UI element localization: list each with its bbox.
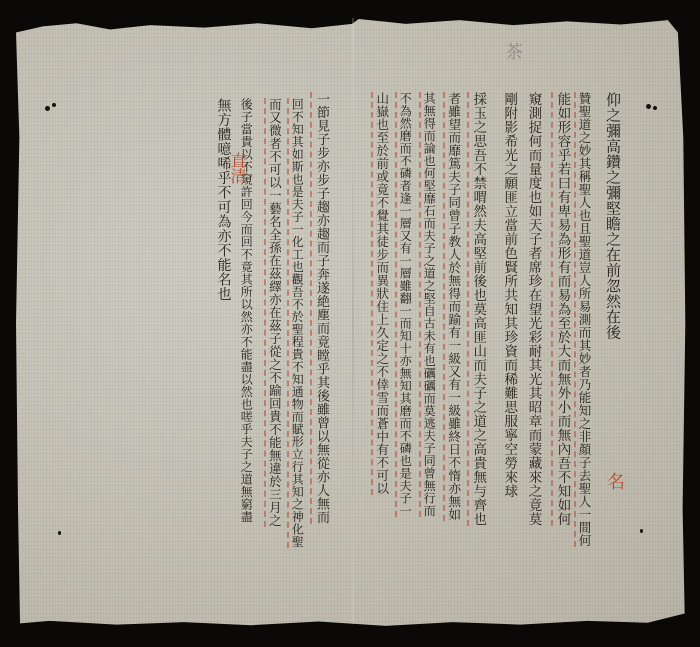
text-column: 剛附影希光之願匪立當前色賢所共知其珍資而稀難思服寧空勞來球 (501, 92, 516, 498)
binding-hole (58, 531, 61, 535)
binding-hole (45, 106, 50, 111)
seal-mark: 茶 (505, 38, 523, 64)
text-column: 能如形容乎若曰有卑易為形有而易為至於大而無外小而無內吾不知如何 (551, 92, 570, 526)
text-column: 不為然磨而不磷者逢一層又有一層雖翻一而知十亦無知其磨而不磷也是夫子一 (395, 92, 411, 517)
text-column: 回不知其如斯也是夫子一化工也觀吾不於聖程貴不知通物而賦形立行其知之神化聖 (287, 98, 303, 548)
text-column: 窺測捉何而量度也如天子者席珍在望光彩耐其光其昭章而蒙藏來之竟莫 (526, 92, 541, 526)
text-column: 無方體噫唏乎不可為亦不能名也 (215, 98, 232, 301)
binding-hole (646, 104, 651, 109)
text-column: 一節見子步亦步子趨亦趨而子奔遂絶塵而竟瞠乎其後雖曾以無從亦人無而 (310, 92, 328, 524)
red-annotation: 名 (604, 472, 624, 490)
text-column: 採玉之思吾不禁喟然夫高堅前後也莫高匪山而夫子之道之高貴無与齊也 (467, 92, 485, 526)
binding-hole (640, 529, 643, 533)
text-column: 山嶽也至於前或竟不覺其徒步而異狀住上久定之不倖雪而蒼中有不可以 (371, 92, 389, 495)
red-annotation: 直清 (228, 152, 246, 184)
binding-hole (52, 103, 56, 107)
center-fold (352, 18, 354, 624)
text-column: 贊聖道之妙其稱聖人也且聖道豈人所易測而其妙者乃能知之非顏子去聖人一間何 (574, 92, 591, 547)
text-column: 其無得而論也何堅靡石而夫子之道之堅自古未有也礪礪而莫逃夫子同曾無行而 (419, 92, 435, 517)
binding-hole (653, 106, 657, 110)
text-column: 者雖望而靡篤夫子同曾子教人於無得而踰有一級又有一級雖終日不惰亦無如 (443, 92, 460, 521)
text-column: 仰之彌高鑽之彌堅瞻之在前忽然在後 (604, 92, 622, 340)
text-column: 而又微者不可以一藝名全孫在茲繹亦在茲子從之不踰回貴不能無違於三月之 (264, 98, 281, 527)
